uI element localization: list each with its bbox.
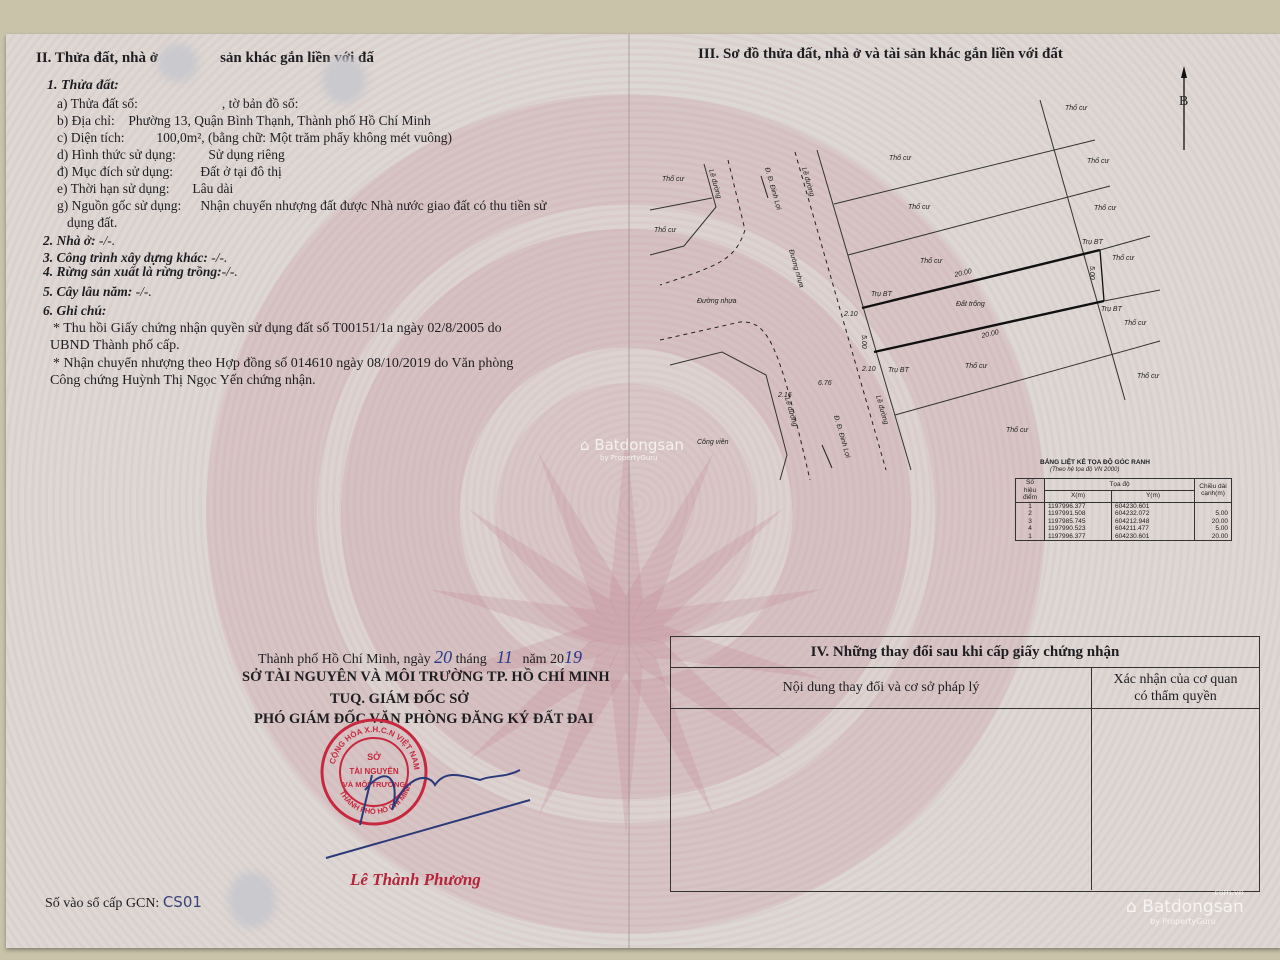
svg-text:Trụ BT: Trụ BT [871,291,893,298]
coord-cell-x: 1197990.523 [1045,525,1112,533]
coord-cell-edge: 5.00 [1195,525,1232,533]
usage-term-row: e) Thời hạn sử dụng: Lâu dài [57,181,233,197]
coord-cell-y: 604230.601 [1112,533,1195,541]
coord-cell-point: 1 [1016,533,1045,541]
parcel-number-row: a) Thửa đất số:, tờ bản đồ số: [57,96,298,112]
changes-confirmation-cell [1092,709,1259,890]
col-edge: Chiều dài cạnh(m) [1195,479,1232,503]
other-works-label: 3. Công trình xây dựng khác: [43,250,208,265]
land-parcel-map: B Thổ cư Thổ cư Thổ cư Thổ cư Thổ cư Thổ… [640,60,1240,500]
house-logo-icon: ⌂ [1126,897,1137,917]
changes-col-content: Nội dung thay đổi và cơ sở pháp lý [671,668,1092,708]
signature-icon [320,730,540,870]
svg-text:Thổ cư: Thổ cư [1094,204,1117,212]
coord-cell-x: 1197996.377 [1045,502,1112,510]
usage-purpose-row: đ) Mục đích sử dụng: Đất ở tại đô thị [57,164,282,180]
perennial-row: 5. Cây lâu năm: -/-. [43,284,152,300]
gcn-value: CS01 [163,893,202,911]
coord-cell-point: 1 [1016,502,1045,510]
forest-label: 4. Rừng sản xuất là rừng trồng: [43,264,222,279]
note-line: * Nhận chuyển nhượng theo Hợp đồng số 01… [53,356,513,372]
usage-form-label: d) Hình thức sử dụng: [57,147,205,163]
note-line: * Thu hồi Giấy chứng nhận quyền sử dụng … [53,321,502,337]
date-month: 11 [496,647,513,667]
svg-text:Lề đường: Lề đường [874,394,891,425]
watermark-center: ⌂ Batdongsan by PropertyGuru [580,436,684,462]
parcel-heading: 1. Thửa đất: [47,78,119,94]
coord-cell-x: 1197996.377 [1045,533,1112,541]
parcel-number-label: a) Thửa đất số: [57,96,138,111]
svg-text:Thổ cư: Thổ cư [1137,372,1160,380]
other-works-value: -/-. [211,250,227,265]
svg-text:Lề đường: Lề đường [800,166,817,197]
usage-form-row: d) Hình thức sử dụng: Sử dụng riêng [57,147,285,163]
coord-table-title: BẢNG LIỆT KÊ TỌA ĐỘ GÓC RANH [1040,459,1150,466]
watermark-tagline: by PropertyGuru [1150,917,1244,926]
coord-row: 11197996.377604230.60120.00 [1016,533,1232,541]
watermark-brand: Batdongsan [594,436,684,454]
svg-text:6.76: 6.76 [818,380,832,387]
corner-coordinates-table: Số hiệu điểm Tọa độ Chiều dài cạnh(m) X(… [1015,478,1232,541]
svg-text:Trụ BT: Trụ BT [1082,239,1104,246]
svg-text:Thổ cư: Thổ cư [889,154,912,162]
coord-cell-y: 604230.601 [1112,502,1195,510]
section-ii-title: II. Thửa đất, nhà ởsản khác gắn liền với… [36,50,374,67]
date-prefix: Thành phố Hồ Chí Minh, ngày [258,652,431,667]
address-row: b) Địa chỉ: Phường 13, Quận Bình Thạnh, … [57,113,431,129]
origin-row: g) Nguồn gốc sử dụng: Nhận chuyển nhượng… [57,198,546,214]
signing-date: Thành phố Hồ Chí Minh, ngày 20 tháng 11 … [258,647,582,668]
svg-text:2.10: 2.10 [843,311,858,318]
svg-text:20.00: 20.00 [953,268,973,279]
svg-text:Thổ cư: Thổ cư [1065,104,1088,112]
coord-cell-edge: 20.00 [1195,518,1232,526]
date-day: 20 [434,647,452,667]
area-label: c) Diện tích: [57,130,153,146]
forest-value: -/-. [222,264,238,279]
col-coords: Tọa độ [1045,479,1195,491]
coord-table-subtitle: (Theo hệ tọa độ VN 2000) [1050,467,1119,473]
coord-cell-y: 604212.948 [1112,518,1195,526]
svg-text:Công viên: Công viên [697,439,729,446]
perennial-label: 5. Cây lâu năm: [43,284,132,299]
svg-text:Lề đường: Lề đường [783,396,800,427]
usage-term-value: Lâu dài [192,181,233,196]
note-line: UBND Thành phố cấp. [50,338,180,354]
svg-text:Thổ cư: Thổ cư [920,257,943,265]
month-label: tháng [456,652,487,667]
address-label: b) Địa chỉ: [57,113,125,129]
svg-text:Thổ cư: Thổ cư [965,362,988,370]
svg-text:2.10: 2.10 [861,366,876,373]
forest-row: 4. Rừng sản xuất là rừng trồng:-/-. [43,264,238,280]
coord-cell-edge [1195,502,1232,510]
svg-text:Trụ BT: Trụ BT [1101,306,1123,313]
svg-text:Đường nhựa: Đường nhựa [697,298,737,305]
svg-text:Đường nhựa: Đường nhựa [787,249,805,289]
house-row: 2. Nhà ở: -/-. [43,233,115,249]
svg-text:Thổ cư: Thổ cư [662,175,685,183]
svg-text:Thổ cư: Thổ cư [908,203,931,211]
usage-form-value: Sử dụng riêng [208,147,284,162]
origin-value-cont: dụng đất. [67,215,117,231]
redaction-blur [322,56,366,104]
redaction-blur [228,872,276,928]
date-year-suffix: 19 [564,647,582,667]
confirmation-line-1: Xác nhận của cơ quan [1113,672,1237,687]
note-line: Công chứng Huỳnh Thị Ngọc Yến chứng nhận… [50,373,316,389]
coord-cell-y: 604232.072 [1112,510,1195,518]
usage-purpose-label: đ) Mục đích sử dụng: [57,164,197,180]
house-value: -/-. [99,233,115,248]
watermark-corner: .com.vn ⌂ Batdongsan by PropertyGuru [1126,888,1244,926]
gcn-register-number: Số vào sổ cấp GCN: CS01 [45,893,202,912]
perennial-value: -/-. [136,284,152,299]
svg-text:Trụ BT: Trụ BT [888,367,910,374]
svg-text:Thổ cư: Thổ cư [1006,426,1029,434]
svg-text:5.00: 5.00 [1088,266,1095,280]
svg-text:5.00: 5.00 [860,335,867,349]
signer-name: Lê Thành Phương [350,870,481,890]
col-y: Y(m) [1112,490,1195,502]
coord-cell-y: 604211.477 [1112,525,1195,533]
year-label: năm 20 [522,652,564,667]
watermark-domain: .com.vn [1126,888,1244,897]
coord-cell-edge: 5.00 [1195,510,1232,518]
coord-cell-x: 1197985.745 [1045,518,1112,526]
coord-row: 41197990.523604211.4775.00 [1016,525,1232,533]
coord-row: 11197996.377604230.601 [1016,502,1232,510]
section-ii-title-start: II. Thửa đất, nhà ở [36,50,158,66]
coord-cell-point: 4 [1016,525,1045,533]
origin-value: Nhận chuyển nhượng đất được Nhà nước gia… [200,198,546,213]
house-label: 2. Nhà ở: [43,233,96,248]
coord-row: 21197991.508604232.0725.00 [1016,510,1232,518]
changes-col-confirmation: Xác nhận của cơ quancó thẩm quyền [1092,668,1259,708]
map-sheet-label: , tờ bản đồ số: [222,96,299,111]
signer-role-1: TUQ. GIÁM ĐỐC SỞ [330,691,469,708]
coord-row: 31197985.745604212.94820.00 [1016,518,1232,526]
origin-label: g) Nguồn gốc sử dụng: [57,198,197,214]
watermark-brand: Batdongsan [1142,897,1244,917]
changes-content-cell [671,709,1092,890]
house-logo-icon: ⌂ [580,436,590,454]
svg-text:Thổ cư: Thổ cư [654,226,677,234]
coord-cell-point: 3 [1016,518,1045,526]
svg-text:20.00: 20.00 [980,329,1000,340]
address-value: Phường 13, Quận Bình Thạnh, Thành phố Hồ… [128,113,430,128]
coord-cell-x: 1197991.508 [1045,510,1112,518]
changes-title: IV. Những thay đổi sau khi cấp giấy chứn… [671,637,1259,668]
area-row: c) Diện tích: 100,0m², (bằng chữ: Một tr… [57,130,452,146]
svg-text:Đ. Đ. Đinh Lợi: Đ. Đ. Đinh Lợi [832,415,851,460]
col-point: Số hiệu điểm [1016,479,1045,503]
svg-text:Thổ cư: Thổ cư [1087,157,1110,165]
gcn-label: Số vào sổ cấp GCN: [45,896,159,911]
watermark-tagline: by PropertyGuru [600,454,684,462]
svg-text:Thổ cư: Thổ cư [1112,254,1135,262]
confirmation-line-2: có thẩm quyền [1134,689,1216,704]
issuing-org: SỞ TÀI NGUYÊN VÀ MÔI TRƯỜNG TP. HỒ CHÍ M… [242,669,610,686]
area-value: 100,0m², (bằng chữ: Một trăm phẩy không … [156,130,452,145]
svg-text:B: B [1179,94,1188,109]
usage-purpose-value: Đất ở tại đô thị [200,164,281,179]
coord-cell-edge: 20.00 [1195,533,1232,541]
page-fold [628,34,630,948]
coord-cell-point: 2 [1016,510,1045,518]
svg-text:Đ. Đ. Đinh Lợi: Đ. Đ. Đinh Lợi [763,167,782,212]
usage-term-label: e) Thời hạn sử dụng: [57,181,189,197]
notes-heading: 6. Ghi chú: [43,303,106,319]
svg-text:Đất trống: Đất trống [956,300,985,308]
col-x: X(m) [1045,490,1112,502]
redaction-blur [158,44,198,82]
changes-table: IV. Những thay đổi sau khi cấp giấy chứn… [670,636,1260,892]
svg-text:Thổ cư: Thổ cư [1124,319,1147,327]
